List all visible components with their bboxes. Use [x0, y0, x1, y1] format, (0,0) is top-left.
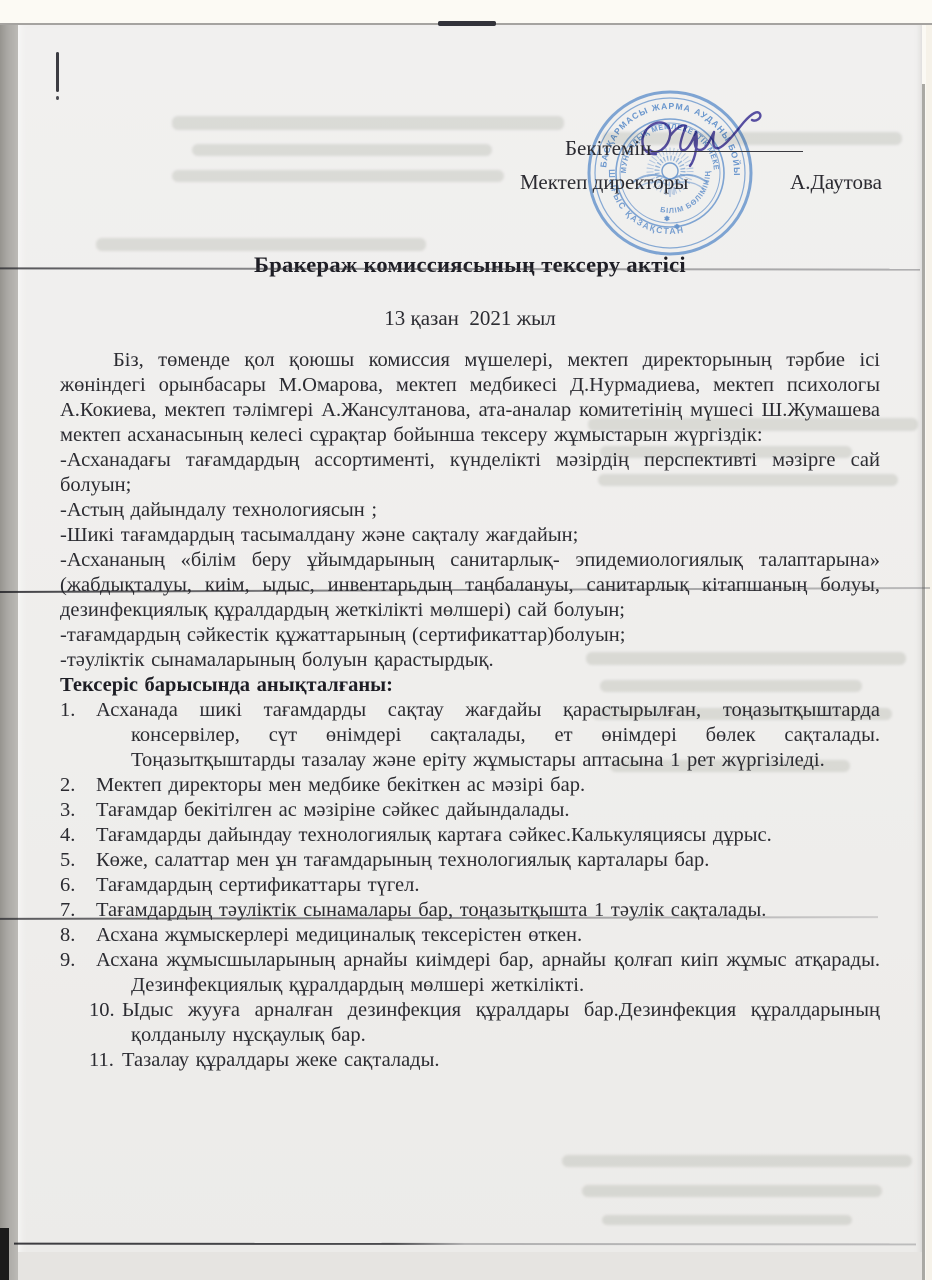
- findings-heading: Тексеріс барысында анықталғаны:: [60, 673, 880, 698]
- scanned-document: БІЛІМ БАСҚАРМАСЫ ЖАРМА АУДАНЫ БОЙЫНША ШЫ…: [0, 0, 932, 1280]
- check-item: -Астың дайындалу технологиясын ;: [60, 498, 880, 523]
- finding-number: 6.: [60, 873, 96, 898]
- scan-line-top-dark-segment: [438, 21, 496, 26]
- approve-label: Бекітемін: [565, 136, 651, 160]
- check-item: -Асханадағы тағамдардың ассортименті, кү…: [60, 448, 880, 498]
- finding-item: 11.Тазалау құралдары жеке сақталады.: [60, 1048, 880, 1073]
- finding-number: 10.: [89, 998, 122, 1023]
- finding-text: Асханада шикі тағамдарды сақтау жағдайы …: [96, 699, 880, 771]
- finding-text: Асхана жұмысшыларының арнайы киімдері ба…: [96, 949, 880, 996]
- stamp-ornament-flower-icon: ❃: [674, 223, 680, 231]
- check-item: -тағамдардың сәйкестік құжаттарының (сер…: [60, 623, 880, 648]
- finding-item: 5.Көже, салаттар мен ұн тағамдарының тех…: [60, 848, 880, 873]
- document-title: Бракераж комиссиясының тексеру актісі: [18, 252, 922, 278]
- finding-number: 1.: [60, 698, 96, 723]
- finding-number: 4.: [60, 823, 96, 848]
- director-name: А.Даутова: [790, 170, 882, 195]
- pen-mark: [56, 52, 59, 92]
- finding-item: 6.Тағамдардың сертификаттары түгел.: [60, 873, 880, 898]
- page-right-edge: [922, 84, 925, 1280]
- finding-item: 3.Тағамдар бекітілген ас мәзіріне сәйкес…: [60, 798, 880, 823]
- finding-text: Тазалау құралдары жеке сақталады.: [122, 1049, 440, 1071]
- finding-text: Ыдыс жууға арналған дезинфекция құралдар…: [122, 999, 880, 1046]
- finding-text: Асхана жұмыскерлері медициналық тексеріс…: [96, 924, 582, 946]
- finding-item: 2.Мектеп директоры мен медбике бекіткен …: [60, 773, 880, 798]
- document-date: 13 қазан 2021 жыл: [18, 306, 922, 331]
- scanner-left-band: [0, 24, 18, 1280]
- page-bottom-strip: [18, 1252, 922, 1280]
- finding-number: 2.: [60, 773, 96, 798]
- finding-number: 3.: [60, 798, 96, 823]
- finding-number: 7.: [60, 898, 96, 923]
- signature-line: [651, 151, 803, 152]
- approval-block: Бекітемін Мектеп директоры А.Даутова: [520, 136, 882, 195]
- finding-item: 8.Асхана жұмыскерлері медициналық тексер…: [60, 923, 880, 948]
- findings-list: 1.Асханада шикі тағамдарды сақтау жағдай…: [60, 698, 880, 1073]
- intro-paragraph: Біз, төменде қол қоюшы комиссия мүшелері…: [60, 348, 880, 448]
- director-role-label: Мектеп директоры: [520, 170, 688, 195]
- finding-text: Көже, салаттар мен ұн тағамдарының техно…: [96, 849, 709, 871]
- document-body: Біз, төменде қол қоюшы комиссия мүшелері…: [60, 348, 880, 1073]
- finding-text: Тағамдардың сертификаттары түгел.: [96, 874, 419, 896]
- check-item: -Шикі тағамдардың тасымалдану және сақта…: [60, 523, 880, 548]
- finding-text: Тағамдардың тәуліктік сынамалары бар, то…: [96, 899, 766, 921]
- finding-item: 7.Тағамдардың тәуліктік сынамалары бар, …: [60, 898, 880, 923]
- finding-text: Тағамдар бекітілген ас мәзіріне сәйкес д…: [96, 799, 570, 821]
- finding-item: 4.Тағамдарды дайындау технологиялық карт…: [60, 823, 880, 848]
- finding-text: Мектеп директоры мен медбике бекіткен ас…: [96, 774, 585, 796]
- finding-number: 8.: [60, 923, 96, 948]
- approval-row: Мектеп директоры А.Даутова: [520, 170, 882, 195]
- finding-item: 10.Ыдыс жууға арналған дезинфекция құрал…: [60, 998, 880, 1048]
- check-item: -тәуліктік сынамаларының болуын қарастыр…: [60, 648, 880, 673]
- finding-text: Тағамдарды дайындау технологиялық картағ…: [96, 824, 772, 846]
- check-item: -Асхананың «білім беру ұйымдарының санит…: [60, 548, 880, 623]
- finding-item: 9.Асхана жұмысшыларының арнайы киімдері …: [60, 948, 880, 998]
- finding-item: 1.Асханада шикі тағамдарды сақтау жағдай…: [60, 698, 880, 773]
- pen-mark-dot: [56, 96, 59, 100]
- scanner-right-band: [926, 24, 932, 1280]
- finding-number: 11.: [89, 1048, 122, 1073]
- finding-number: 5.: [60, 848, 96, 873]
- approval-row: Бекітемін: [565, 136, 882, 161]
- finding-number: 9.: [60, 948, 96, 973]
- stamp-ornament-flower-icon: ❃: [664, 215, 670, 223]
- scan-corner-shadow: [0, 1228, 9, 1280]
